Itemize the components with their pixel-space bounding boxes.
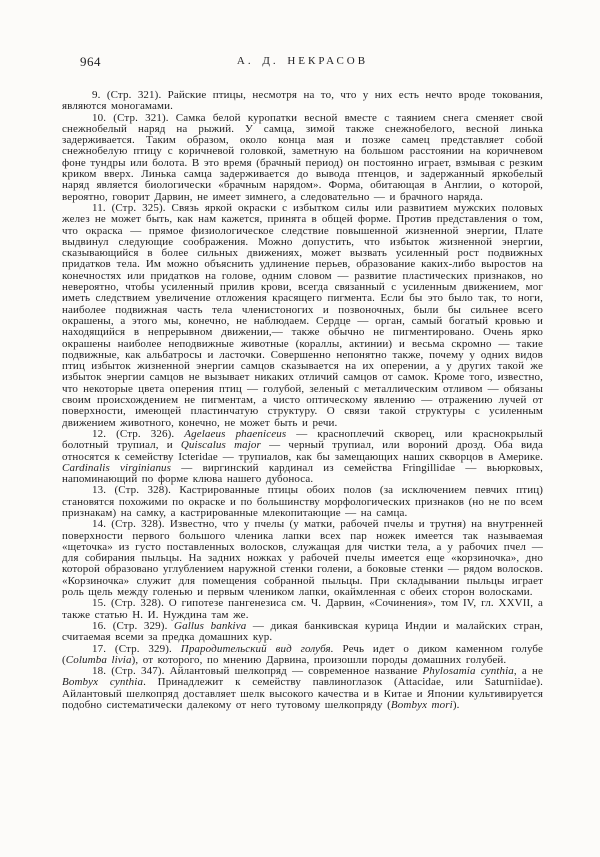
note-paragraph: 14. (Стр. 328). Известно, что у пчелы (у… <box>62 519 543 598</box>
species-name: Agelaeus phaeniceus <box>184 428 286 440</box>
note-text: 16. (Стр. 329). <box>92 620 174 632</box>
note-paragraph: 9. (Стр. 321). Райские птицы, несмотря н… <box>62 90 543 113</box>
note-text: 18. (Стр. 347). Айлантовый шелкопряд — с… <box>92 665 422 677</box>
note-text: 11. (Стр. 325). Связь яркой окраски с из… <box>62 202 543 429</box>
species-name: Columba livia <box>66 654 132 666</box>
species-name: Quiscalus major <box>181 439 261 451</box>
note-paragraph: 13. (Стр. 328). Кастрированные птицы обо… <box>62 485 543 519</box>
note-paragraph: 10. (Стр. 321). Самка белой куропатки ве… <box>62 113 543 203</box>
note-text: 14. (Стр. 328). Известно, что у пчелы (у… <box>62 518 543 598</box>
note-text: 13. (Стр. 328). Кастрированные птицы обо… <box>62 484 543 519</box>
species-name: Прародительский вид голубя. <box>181 643 334 655</box>
note-text: ). <box>453 699 460 711</box>
species-name: Gallus bankiva <box>174 620 246 632</box>
note-paragraph: 16. (Стр. 329). Gallus bankiva — дикая б… <box>62 621 543 644</box>
running-title: А. Д. НЕКРАСОВ <box>62 55 543 67</box>
note-text: ), от которого, по мнению Дарвина, произ… <box>132 654 507 666</box>
notes-list: 9. (Стр. 321). Райские птицы, несмотря н… <box>62 90 543 711</box>
page-header: 964 А. Д. НЕКРАСОВ <box>62 54 543 69</box>
book-page: 964 А. Д. НЕКРАСОВ 9. (Стр. 321). Райски… <box>0 0 600 857</box>
note-paragraph: 15. (Стр. 328). О гипотезе пангенезиса с… <box>62 598 543 621</box>
species-name: Bombyx cynthia <box>62 676 143 688</box>
species-name: Cardinalis virginianus <box>62 462 171 474</box>
note-paragraph: 11. (Стр. 325). Связь яркой окраски с из… <box>62 203 543 429</box>
species-name: Bombyx mori <box>391 699 453 711</box>
note-text: 10. (Стр. 321). Самка белой куропатки ве… <box>62 112 543 203</box>
note-paragraph: 17. (Стр. 329). Прародительский вид голу… <box>62 644 543 667</box>
note-paragraph: 12. (Стр. 326). Agelaeus phaeniceus — кр… <box>62 429 543 485</box>
note-text: 9. (Стр. 321). Райские птицы, несмотря н… <box>62 89 543 112</box>
note-text: 12. (Стр. 326). <box>92 428 184 440</box>
note-paragraph: 18. (Стр. 347). Айлантовый шелкопряд — с… <box>62 666 543 711</box>
note-text: 15. (Стр. 328). О гипотезе пангенезиса с… <box>62 597 543 620</box>
species-name: Phylosamia cynthia <box>422 665 513 677</box>
note-text: , а не <box>514 665 543 677</box>
note-text: 17. (Стр. 329). <box>92 643 181 655</box>
